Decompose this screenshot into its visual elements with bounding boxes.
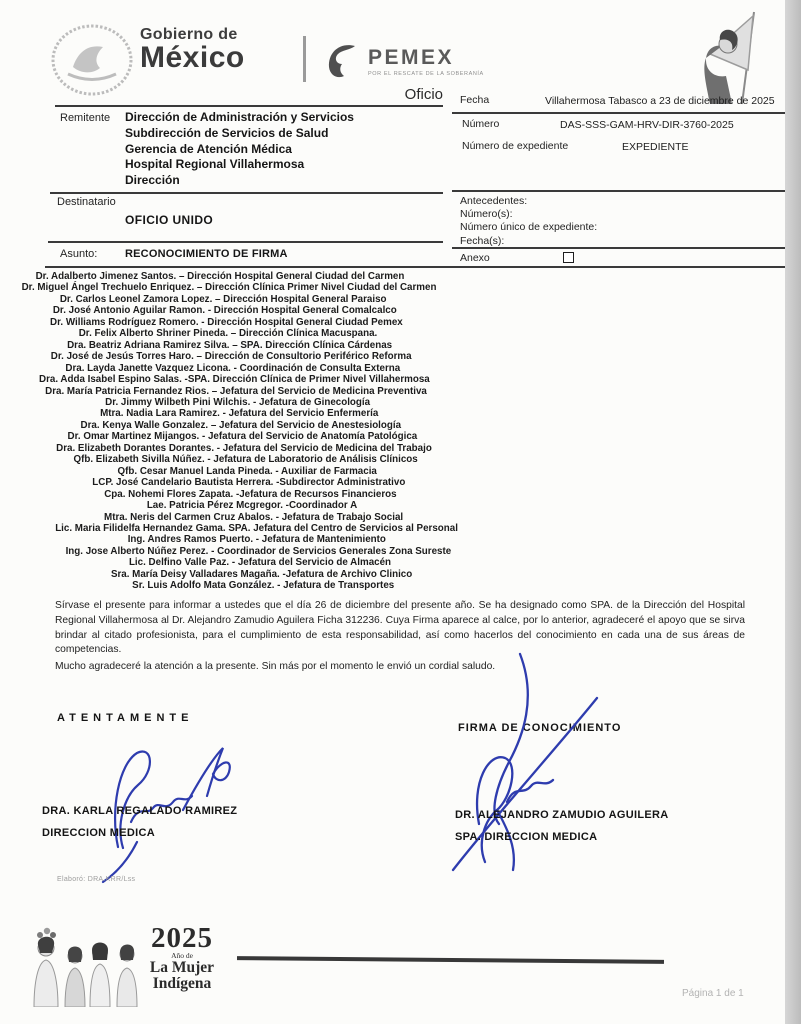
recipient-line: Dr. Jimmy Wilbeth Pini Wilchis. - Jefatu…: [38, 397, 438, 408]
footer-campaign-line1: La Mujer: [146, 960, 218, 976]
recipient-line: Dr. José Antonio Aguilar Ramon. - Direcc…: [25, 305, 425, 316]
remitente-line: Dirección de Administración y Servicios: [125, 110, 354, 126]
recipient-line: LCP. José Candelario Bautista Herrera. -…: [49, 477, 449, 488]
doc-type-label: Oficio: [55, 86, 443, 103]
destinatario-label: Destinatario: [57, 196, 116, 208]
recipient-list: Dr. Adalberto Jimenez Santos. – Direcció…: [20, 271, 420, 592]
recipient-line: Dr. José de Jesús Torres Haro. – Direcci…: [31, 351, 431, 362]
asunto-value: RECONOCIMIENTO DE FIRMA: [125, 248, 288, 260]
scan-edge: [785, 0, 801, 1024]
recipient-line: Sr. Luis Adolfo Mata González. - Jefatur…: [63, 580, 463, 591]
page-indicator: Página 1 de 1: [682, 988, 744, 999]
recipient-line: Dra. María Patricia Fernandez Rios. – Je…: [36, 386, 436, 397]
fecha-label: Fecha: [460, 94, 489, 106]
right-signatory: DR. ALEJANDRO ZAMUDIO AGUILERA SPA. DIRE…: [455, 804, 669, 848]
destinatario-value: OFICIO UNIDO: [125, 213, 213, 227]
year-campaign-block: 2025 Año de La Mujer Indígena: [146, 925, 218, 991]
recipient-line: Lae. Patricia Pérez Mcgregor. -Coordinad…: [52, 500, 452, 511]
pemex-tagline: POR EL RESCATE DE LA SOBERANÍA: [368, 71, 484, 77]
recipient-line: Dra. Elizabeth Dorantes Dorantes. - Jefa…: [44, 443, 444, 454]
recipient-line: Lic. Delfino Valle Paz. - Jefatura del S…: [60, 557, 460, 568]
left-signatory: DRA. KARLA REGALADO RAMIREZ DIRECCION ME…: [42, 800, 237, 844]
recipient-line: Dr. Felix Alberto Shriner Pineda. – Dire…: [28, 328, 428, 339]
numero-value: DAS-SSS-GAM-HRV-DIR-3760-2025: [560, 119, 734, 131]
recipient-line: Lic. Maria Filidelfa Hernandez Gama. SPA…: [55, 523, 455, 534]
scanned-document: Gobierno de México PEMEX POR EL RESCATE …: [0, 0, 801, 1024]
recipient-line: Cpa. Nohemi Flores Zapata. -Jefatura de …: [50, 489, 450, 500]
divider-line: [48, 241, 443, 243]
pemex-drop-icon: [322, 40, 362, 80]
recipient-line: Sra. María Deisy Valladares Magaña. -Jef…: [62, 569, 462, 580]
remitente-line: Subdirección de Servicios de Salud: [125, 126, 354, 142]
document-page: Gobierno de México PEMEX POR EL RESCATE …: [0, 0, 785, 1024]
right-signature-ink: [425, 640, 655, 885]
recipient-line: Dr. Adalberto Jimenez Santos. – Direcció…: [20, 271, 420, 282]
divider-line: [452, 112, 788, 114]
remitente-line: Hospital Regional Villahermosa: [125, 157, 354, 173]
left-signatory-title: DIRECCION MEDICA: [42, 822, 237, 844]
fechas-label: Fecha(s):: [460, 235, 597, 248]
recipient-line: Qfb. Cesar Manuel Landa Pineda. - Auxili…: [47, 466, 447, 477]
numero-label: Número: [462, 118, 499, 130]
recipient-line: Dra. Kenya Walle Gonzalez. – Jefatura de…: [41, 420, 441, 431]
remitente-lines: Dirección de Administración y ServiciosS…: [125, 110, 354, 189]
recipient-line: Dra. Layda Janette Vazquez Licona. - Coo…: [33, 363, 433, 374]
divider-line: [452, 190, 790, 192]
footer-year: 2025: [146, 925, 218, 952]
logo-divider: [303, 36, 306, 82]
elaboro-note: Elaboró: DRA.KRR/Lss: [57, 876, 135, 883]
divider-line: [55, 105, 443, 107]
right-signatory-title: SPA. DIRECCION MEDICA: [455, 826, 669, 848]
recipient-line: Dr. Miguel Ángel Trechuelo Enriquez. – D…: [22, 282, 422, 293]
recipient-line: Mtra. Nadia Lara Ramirez. - Jefatura del…: [39, 408, 439, 419]
right-signatory-name: DR. ALEJANDRO ZAMUDIO AGUILERA: [455, 804, 669, 826]
pemex-logo: PEMEX POR EL RESCATE DE LA SOBERANÍA: [322, 40, 484, 80]
indigenous-women-illustration: [28, 922, 143, 1007]
footer-rule: [237, 956, 664, 963]
divider-line: [50, 192, 443, 194]
recipient-line: Dra. Adda Isabel Espino Salas. -SPA. Dir…: [34, 374, 434, 385]
divider-line: [45, 266, 790, 268]
recipient-line: Ing. Andres Ramos Puerto. - Jefatura de …: [57, 534, 457, 545]
gobierno-wordmark: Gobierno de México: [140, 26, 245, 75]
antecedentes-label: Antecedentes:: [460, 195, 597, 208]
recipient-line: Qfb. Elizabeth Sivilla Núñez. - Jefatura…: [46, 454, 446, 465]
recipient-line: Mtra. Neris del Carmen Cruz Abalos. - Je…: [54, 512, 454, 523]
flag-woman-illustration: [692, 8, 782, 108]
recipient-line: Dr. Williams Rodríguez Romero. - Direcci…: [26, 317, 426, 328]
recipient-line: Dr. Omar Martinez Mijangos. - Jefatura d…: [42, 431, 442, 442]
recipient-line: Dra. Beatriz Adriana Ramirez Silva. – SP…: [30, 340, 430, 351]
divider-line: [452, 247, 790, 249]
remitente-label: Remitente: [60, 112, 110, 124]
expediente-label: Número de expediente: [462, 140, 568, 152]
anexo-label: Anexo: [460, 252, 490, 264]
remitente-line: Gerencia de Atención Médica: [125, 142, 354, 158]
remitente-line: Dirección: [125, 173, 354, 189]
asunto-label: Asunto:: [60, 248, 97, 260]
left-signatory-name: DRA. KARLA REGALADO RAMIREZ: [42, 800, 237, 822]
recipient-line: Dr. Carlos Leonel Zamora Lopez. – Direcc…: [23, 294, 423, 305]
pemex-wordmark: PEMEX: [368, 46, 484, 70]
expediente-value: EXPEDIENTE: [622, 141, 689, 153]
recipient-line: Ing. Jose Alberto Núñez Perez. - Coordin…: [58, 546, 458, 557]
antecedentes-block: Antecedentes: Número(s): Número único de…: [460, 195, 597, 248]
footer-campaign-line2: Indígena: [146, 976, 218, 992]
gobierno-line2: México: [140, 41, 245, 75]
numeros-label: Número(s):: [460, 208, 597, 221]
fecha-value: Villahermosa Tabasco a 23 de diciembre d…: [545, 95, 775, 107]
anexo-checkbox: [563, 252, 574, 263]
numero-unico-label: Número único de expediente:: [460, 221, 597, 234]
